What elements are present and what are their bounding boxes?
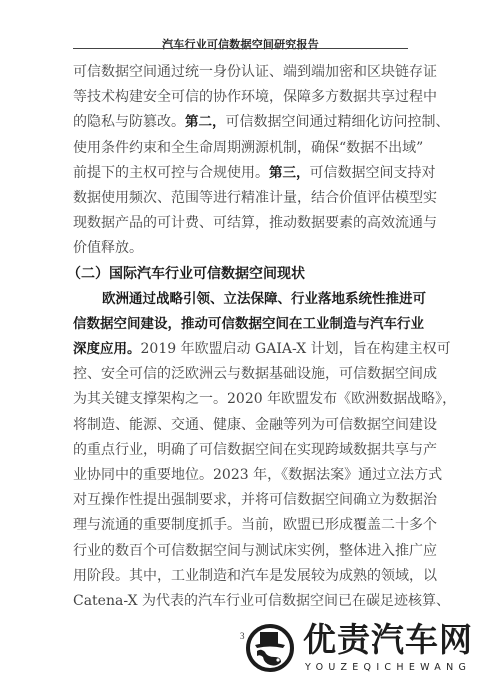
- text-line: 数据使用频次、范围等进行精准计量，结合价值评估模型实: [73, 186, 409, 211]
- text-line: 控、安全可信的泛欧洲云与数据基础设施，可信数据空间成: [73, 362, 409, 387]
- text-span: 的隐私与防篡改。: [73, 114, 185, 130]
- text-span: 可信数据空间通过精细化访问控制、: [226, 114, 450, 130]
- bold-text-line: 信数据空间建设，推动可信数据空间在工业制造与汽车行业: [73, 312, 409, 337]
- watermark-subtitle: YOUZEQICHEWANG: [305, 662, 471, 673]
- bold-marker-second: 第二，: [185, 114, 226, 130]
- text-line: 可信数据空间通过统一身份认证、端到端加密和区块链存证: [73, 60, 409, 85]
- watermark: 优责汽车网 YOUZEQICHEWANG: [245, 620, 475, 679]
- text-line: 的隐私与防篡改。第二，可信数据空间通过精细化访问控制、: [73, 110, 409, 135]
- text-line: 价值释放。: [73, 236, 409, 261]
- page-number: 3: [240, 631, 245, 641]
- bold-marker-third: 第三，: [269, 165, 310, 181]
- header-rule: [73, 48, 408, 49]
- document-body: 可信数据空间通过统一身份认证、端到端加密和区块链存证 等技术构建安全可信的协作环…: [73, 60, 409, 614]
- text-line: 对互操作性提出强制要求，并将可信数据空间确立为数据治: [73, 488, 409, 513]
- text-line: 等技术构建安全可信的协作环境，保障多方数据共享过程中: [73, 85, 409, 110]
- text-line: 将制造、能源、交通、健康、金融等列为可信数据空间建设: [73, 413, 409, 438]
- running-header: 汽车行业可信数据空间研究报告: [73, 36, 408, 52]
- text-line: 行业的数百个可信数据空间与测试床实例，整体进入推广应: [73, 539, 409, 564]
- text-span: 2019 年欧盟启动 GAIA-X 计划，旨在构建主权可: [141, 341, 451, 357]
- text-line: 使用条件约束和全生命周期溯源机制，确保“数据不出域”: [73, 136, 409, 161]
- top-hat-logo-icon: [245, 623, 295, 673]
- bold-text-span: 深度应用。: [73, 341, 141, 357]
- text-line: 为其关键支撑架构之一。2020 年欧盟发布《欧洲数据战略》，: [73, 387, 409, 412]
- text-line: 的重点行业，明确了可信数据空间在实现跨域数据共享与产: [73, 438, 409, 463]
- text-line: 现数据产品的可计费、可结算，推动数据要素的高效流通与: [73, 211, 409, 236]
- text-span: 可信数据空间支持对: [310, 165, 436, 181]
- bold-text-line: 欧洲通过战略引领、立法保障、行业落地系统性推进可: [73, 287, 409, 312]
- text-line: Catena-X 为代表的汽车行业可信数据空间已在碳足迹核算、: [73, 589, 409, 614]
- watermark-title: 优责汽车网: [303, 620, 473, 660]
- text-line: 深度应用。2019 年欧盟启动 GAIA-X 计划，旨在构建主权可: [73, 337, 409, 362]
- text-line: 用阶段。其中，工业制造和汽车是发展较为成熟的领域，以: [73, 564, 409, 589]
- text-line: 前提下的主权可控与合规使用。第三，可信数据空间支持对: [73, 161, 409, 186]
- text-span: 前提下的主权可控与合规使用。: [73, 165, 269, 181]
- text-line: 理与流通的重要制度抓手。当前，欧盟已形成覆盖二十多个: [73, 513, 409, 538]
- section-heading: （二）国际汽车行业可信数据空间现状: [67, 262, 409, 287]
- text-line: 业协同中的重要地位。2023 年，《数据法案》通过立法方式: [73, 463, 409, 488]
